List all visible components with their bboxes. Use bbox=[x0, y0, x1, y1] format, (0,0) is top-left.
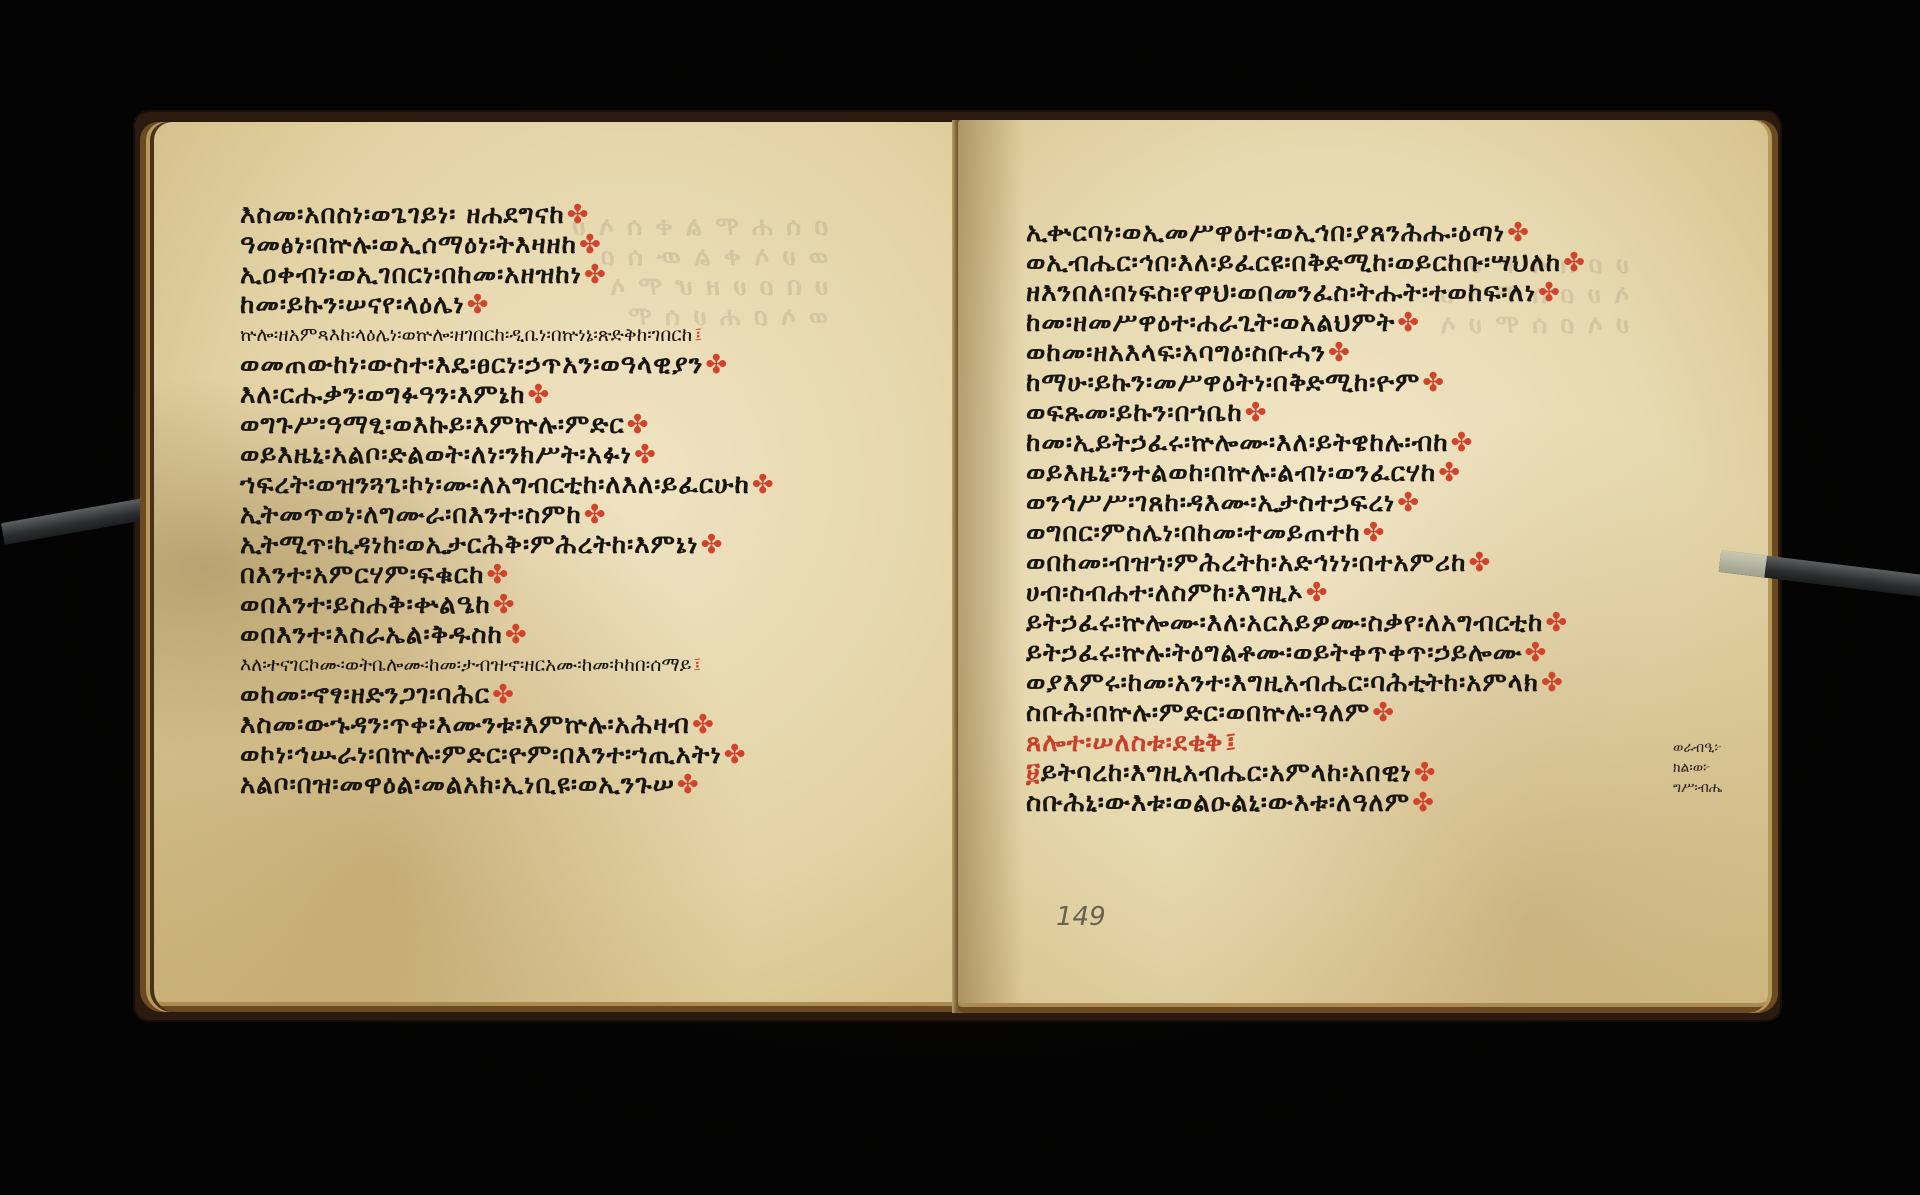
line-text: አልቦ፡በዝ፡መዋዕል፡መልአክ፡ኢነቢዩ፡ወኢንጉሠ bbox=[240, 770, 675, 800]
red-cross-icon: ✤ bbox=[1563, 248, 1586, 278]
red-cross-icon: ✤ bbox=[1541, 668, 1564, 698]
red-cross-icon: ✤ bbox=[579, 230, 602, 260]
manuscript-line: ወበከመ፡ብዝኀ፡ምሕረትከ፡አድኅነነ፡በተአምሪከ✤ bbox=[1026, 548, 1586, 578]
line-text: ወመጠውከነ፡ውስተ፡እዴ፡ፀርነ፡ኃጥአን፡ወዓላዊያን bbox=[240, 350, 703, 380]
red-cross-icon: ✤ bbox=[505, 620, 528, 650]
red-cross-icon: ✤ bbox=[634, 440, 657, 470]
line-text: ወግጉሥ፡ዓማፂ፡ወእኩይ፡እምኵሉ፡ምድር bbox=[240, 410, 625, 440]
margin-note-line: ክል፡ወ፦ bbox=[1673, 758, 1722, 778]
red-cross-icon: ✤ bbox=[1538, 278, 1561, 308]
manuscript-line: ኢቍርባነ፡ወኢመሥዋዕተ፡ወኢኅበ፡ያጸንሕሑ፡ዕጣነ✤ bbox=[1026, 218, 1586, 248]
rubric-initial: ፱ bbox=[1026, 758, 1041, 788]
red-cross-icon: ✤ bbox=[486, 560, 509, 590]
red-cross-icon: ✤ bbox=[692, 710, 715, 740]
red-cross-icon: ✤ bbox=[1438, 458, 1461, 488]
line-text: ወከመ፡ዘአእላፍ፡አባግዕ፡ስቡሓን bbox=[1026, 338, 1326, 368]
red-cross-icon: ✤ bbox=[1414, 758, 1437, 788]
line-text: ኀፍረት፡ወዝንጓጌ፡ኮነ፡ሙ፡ለአግብርቲከ፡ለእለ፡ይፈርሁከ bbox=[240, 470, 750, 500]
red-cross-icon: ✤ bbox=[1524, 638, 1547, 668]
line-text: ወይእዜኒ፡ንተልወከ፡በኵሉ፡ልብነ፡ወንፈርሃከ bbox=[1026, 458, 1436, 488]
line-text: ወበእንተ፡እስራኤል፡ቅዱስከ bbox=[240, 620, 503, 650]
line-text: ወኢብሔር፡ኅበ፡እለ፡ይፈርዩ፡በቅድሚከ፡ወይርከቡ፡ሣህለከ bbox=[1026, 248, 1561, 278]
red-cross-icon: ✤ bbox=[1397, 308, 1420, 338]
line-text: ወበከመ፡ብዝኀ፡ምሕረትከ፡አድኅነነ፡በተአምሪከ bbox=[1026, 548, 1466, 578]
left-page: ዐ ሰ ሐ ሞ ል ቀ ሰ ላ ሀወ ሀ ላ ቀ ል ው ሰ ዐሀ በ ዐ ሀ … bbox=[140, 122, 960, 1012]
line-text: ኢቍርባነ፡ወኢመሥዋዕተ፡ወኢኅበ፡ያጸንሕሑ፡ዕጣነ bbox=[1026, 218, 1505, 248]
red-cross-icon: ✤ bbox=[1468, 548, 1491, 578]
manuscript-line: ኢትመጥወነ፡ለግሙራ፡በእንተ፡ስምከ✤ bbox=[240, 500, 775, 530]
manuscript-line: በእንተ፡አምርሃም፡ፍቁርከ✤ bbox=[240, 560, 775, 590]
line-text: ኢትሚጥ፡ኪዳነከ፡ወኢታርሕቅ፡ምሕረትከ፡እምኔነ bbox=[240, 530, 699, 560]
manuscript-line: ይትኃፈሩ፡ኵሉ፡ትዕግልቶሙ፡ወይትቀጥቀጥ፡ኃይሎሙ✤ bbox=[1026, 638, 1586, 668]
manuscript-line: ወኢብሔር፡ኅበ፡እለ፡ይፈርዩ፡በቅድሚከ፡ወይርከቡ፡ሣህለከ✤ bbox=[1026, 248, 1586, 278]
red-cross-icon: ✤ bbox=[752, 470, 775, 500]
manuscript-line: ወኮነ፡ኅሡራነ፡በኵሉ፡ምድር፡ዮም፡በእንተ፡ኀጢአትነ✤ bbox=[240, 740, 775, 770]
line-text: ዘእንበለ፡በነፍስ፡የዋህ፡ወበመንፈስ፡ትሑት፡ተወከፍ፡ለነ bbox=[1026, 278, 1536, 308]
line-text: ወከመ፡ኆፃ፡ዘድንጋገ፡ባሕር bbox=[240, 680, 490, 710]
manuscript-line: እስመ፡አበስነ፡ወጌገይነ፡ ዘሐደግናከ✤ bbox=[240, 200, 775, 230]
red-cross-icon: ✤ bbox=[1451, 428, 1474, 458]
manuscript-line: ኢትሚጥ፡ኪዳነከ፡ወኢታርሕቅ፡ምሕረትከ፡እምኔነ✤ bbox=[240, 530, 775, 560]
manuscript-line: ኢዐቀብነ፡ወኢገበርነ፡በከመ፡አዘዝከነ✤ bbox=[240, 260, 775, 290]
line-text: ከመ፡ይኩን፡ሠናየ፡ላዕሌነ bbox=[240, 290, 465, 320]
manuscript-line: ወይእዜኒ፡ንተልወከ፡በኵሉ፡ልብነ፡ወንፈርሃከ✤ bbox=[1026, 458, 1586, 488]
red-cross-icon: ✤ bbox=[1412, 788, 1435, 818]
manuscript-line: ከመ፡ይኩን፡ሠናየ፡ላዕሌነ✤ bbox=[240, 290, 775, 320]
line-text: እስመ፡ውኁዳን፡ጥቀ፡እሙንቱ፡እምኵሉ፡አሕዛብ bbox=[240, 710, 690, 740]
red-cross-icon: ✤ bbox=[627, 410, 650, 440]
line-text: ወበእንተ፡ይስሐቅ፡ቍልዔከ bbox=[240, 590, 491, 620]
manuscript-line: ወበእንተ፡እስራኤል፡ቅዱስከ✤ bbox=[240, 620, 775, 650]
manuscript-line: ኀፍረት፡ወዝንጓጌ፡ኮነ፡ሙ፡ለአግብርቲከ፡ለእለ፡ይፈርሁከ✤ bbox=[240, 470, 775, 500]
line-text: ወፍጹመ፡ይኩን፡በኀቤከ bbox=[1026, 398, 1243, 428]
margin-note-line: ወራብዒ፦ bbox=[1673, 738, 1722, 758]
line-text: ይትኃፈሩ፡ኵሎሙ፡እለ፡አርአይዎሙ፡ስቃየ፡ለአግብርቲከ bbox=[1026, 608, 1543, 638]
manuscript-line: እለ፡ተናገርኮሙ፡ወትቤሎሙ፡ከመ፡ታብዝኆ፡ዘርአሙ፡ከመ፡ኮከበ፡ሰማይ፤ bbox=[240, 650, 775, 680]
manuscript-line: ወይእዜኒ፡አልቦ፡ድልወት፡ለነ፡ንክሥት፡አፉነ✤ bbox=[240, 440, 775, 470]
right-page-text: ኢቍርባነ፡ወኢመሥዋዕተ፡ወኢኅበ፡ያጸንሕሑ፡ዕጣነ✤ወኢብሔር፡ኅበ፡እለ… bbox=[1026, 218, 1586, 818]
red-cross-icon: ✤ bbox=[677, 770, 700, 800]
red-cross-icon: ✤ bbox=[492, 680, 515, 710]
line-text: ኢትመጥወነ፡ለግሙራ፡በእንተ፡ስምከ bbox=[240, 500, 582, 530]
margin-note-line: ግሥ፡ብሔ bbox=[1673, 778, 1722, 798]
manuscript-line: ስቡሕኒ፡ውእቱ፡ወልዑልኒ፡ውእቱ፡ለዓለም✤ bbox=[1026, 788, 1586, 818]
manuscript-line: ወግጉሥ፡ዓማፂ፡ወእኩይ፡እምኵሉ፡ምድር✤ bbox=[240, 410, 775, 440]
red-cross-icon: ✤ bbox=[527, 380, 550, 410]
manuscript-line: ዘእንበለ፡በነፍስ፡የዋህ፡ወበመንፈስ፡ትሑት፡ተወከፍ፡ለነ✤ bbox=[1026, 278, 1586, 308]
manuscript-line: ወበእንተ፡ይስሐቅ፡ቍልዔከ✤ bbox=[240, 590, 775, 620]
line-text: ኵሎ፡ዘአምጻእከ፡ላዕሌነ፡ወኵሎ፡ዘገበርከ፡ዲቤነ፡በኵነኔ፡ጽድቅከ፡ገ… bbox=[240, 324, 692, 346]
manuscript-line: ወግበር፡ምስሌነ፡በከመ፡ተመይጠተከ✤ bbox=[1026, 518, 1586, 548]
line-text: ከመ፡ኢይትኃፈሩ፡ኵሎሙ፡እለ፡ይትዌከሉ፡ብከ bbox=[1026, 428, 1449, 458]
manuscript-line: ወፍጹመ፡ይኩን፡በኀቤከ✤ bbox=[1026, 398, 1586, 428]
line-text: ከመ፡ዘመሥዋዕተ፡ሐራጊት፡ወአልህምት bbox=[1026, 308, 1395, 338]
red-cross-icon: ✤ bbox=[1306, 578, 1329, 608]
red-cross-icon: ✤ bbox=[1507, 218, 1530, 248]
red-cross-icon: ✤ bbox=[584, 500, 607, 530]
manuscript-line: ኵሎ፡ዘአምጻእከ፡ላዕሌነ፡ወኵሎ፡ዘገበርከ፡ዲቤነ፡በኵነኔ፡ጽድቅከ፡ገ… bbox=[240, 320, 775, 350]
manuscript-line: ከመ፡ኢይትኃፈሩ፡ኵሎሙ፡እለ፡ይትዌከሉ፡ብከ✤ bbox=[1026, 428, 1586, 458]
red-cross-icon: ✤ bbox=[1372, 698, 1395, 728]
manuscript-line: ስቡሕ፡በኵሉ፡ምድር፡ወበኵሉ፡ዓለም✤ bbox=[1026, 698, 1586, 728]
line-text: ወይእዜኒ፡አልቦ፡ድልወት፡ለነ፡ንክሥት፡አፉነ bbox=[240, 440, 632, 470]
manuscript-line: እስመ፡ውኁዳን፡ጥቀ፡እሙንቱ፡እምኵሉ፡አሕዛብ✤ bbox=[240, 710, 775, 740]
section-mark-icon: ፤ bbox=[693, 654, 701, 676]
line-text: ዓመፅነ፡በኵሉ፡ወኢሰማዕነ፡ትእዛዘከ bbox=[240, 230, 577, 260]
red-cross-icon: ✤ bbox=[1397, 488, 1420, 518]
line-text: ከማሁ፡ይኩን፡መሥዋዕትነ፡በቅድሚከ፡ዮም bbox=[1026, 368, 1420, 398]
red-cross-icon: ✤ bbox=[1545, 608, 1568, 638]
manuscript-line: ሀብ፡ስብሐተ፡ለስምከ፡እግዚኦ✤ bbox=[1026, 578, 1586, 608]
red-cross-icon: ✤ bbox=[493, 590, 516, 620]
line-text: በእንተ፡አምርሃም፡ፍቁርከ bbox=[240, 560, 484, 590]
line-text: ወኮነ፡ኅሡራነ፡በኵሉ፡ምድር፡ዮም፡በእንተ፡ኀጢአትነ bbox=[240, 740, 722, 770]
manuscript-line: ፱ይትባረከ፡እግዚአብሔር፡አምላከ፡አበዊነ✤ bbox=[1026, 758, 1586, 788]
manuscript-line: እለ፡ርሑቃን፡ወግፉዓን፡እምኔከ✤ bbox=[240, 380, 775, 410]
line-text: ይትኃፈሩ፡ኵሉ፡ትዕግልቶሙ፡ወይትቀጥቀጥ፡ኃይሎሙ bbox=[1026, 638, 1522, 668]
section-mark-icon: ፤ bbox=[1225, 728, 1237, 758]
red-cross-icon: ✤ bbox=[567, 200, 590, 230]
line-text: ወግበር፡ምስሌነ፡በከመ፡ተመይጠተከ bbox=[1026, 518, 1361, 548]
manuscript-photo: ዐ ሰ ሐ ሞ ል ቀ ሰ ላ ሀወ ሀ ላ ቀ ል ው ሰ ዐሀ በ ዐ ሀ … bbox=[0, 0, 1920, 1195]
manuscript-line: ወከመ፡ኆፃ፡ዘድንጋገ፡ባሕር✤ bbox=[240, 680, 775, 710]
manuscript-line: አልቦ፡በዝ፡መዋዕል፡መልአክ፡ኢነቢዩ፡ወኢንጉሠ✤ bbox=[240, 770, 775, 800]
line-text: እስመ፡አበስነ፡ወጌገይነ፡ ዘሐደግናከ bbox=[240, 200, 565, 230]
red-cross-icon: ✤ bbox=[1422, 368, 1445, 398]
line-text: ስቡሕ፡በኵሉ፡ምድር፡ወበኵሉ፡ዓለም bbox=[1026, 698, 1370, 728]
line-text: ወንኅሥሥ፡ገጸከ፡ዳእሙ፡ኢታስተኃፍረነ bbox=[1026, 488, 1395, 518]
manuscript-line: ወመጠውከነ፡ውስተ፡እዴ፡ፀርነ፡ኃጥአን፡ወዓላዊያን✤ bbox=[240, 350, 775, 380]
manuscript-line: ከመ፡ዘመሥዋዕተ፡ሐራጊት፡ወአልህምት✤ bbox=[1026, 308, 1586, 338]
line-text: ይትባረከ፡እግዚአብሔር፡አምላከ፡አበዊነ bbox=[1041, 758, 1412, 788]
manuscript-line: ወከመ፡ዘአእላፍ፡አባግዕ፡ስቡሓን✤ bbox=[1026, 338, 1586, 368]
left-page-text: እስመ፡አበስነ፡ወጌገይነ፡ ዘሐደግናከ✤ዓመፅነ፡በኵሉ፡ወኢሰማዕነ፡ት… bbox=[240, 200, 775, 800]
folio-number: 149 bbox=[1056, 902, 1106, 932]
margin-annotation: ወራብዒ፦ ክል፡ወ፦ ግሥ፡ብሔ bbox=[1673, 738, 1722, 798]
line-text: እለ፡ተናገርኮሙ፡ወትቤሎሙ፡ከመ፡ታብዝኆ፡ዘርአሙ፡ከመ፡ኮከበ፡ሰማይ bbox=[240, 654, 691, 676]
line-text: ስቡሕኒ፡ውእቱ፡ወልዑልኒ፡ውእቱ፡ለዓለም bbox=[1026, 788, 1410, 818]
manuscript-line: ከማሁ፡ይኩን፡መሥዋዕትነ፡በቅድሚከ፡ዮም✤ bbox=[1026, 368, 1586, 398]
red-cross-icon: ✤ bbox=[701, 530, 724, 560]
red-cross-icon: ✤ bbox=[584, 260, 607, 290]
manuscript-line: ወያእምሩ፡ከመ፡አንተ፡እግዚአብሔር፡ባሕቲትከ፡አምላክ✤ bbox=[1026, 668, 1586, 698]
line-text: ጸሎተ፡ሠለስቱ፡ደቂቅ bbox=[1026, 728, 1223, 758]
right-page: ሀ ዐ ሰ ላ ሞ ሀላ ሀ ዐ ሰ ሞ ላ ዐሀ ላ ዐ ሰ ሞ ሀ ላ ኢቍ… bbox=[958, 120, 1778, 1013]
line-text: እለ፡ርሑቃን፡ወግፉዓን፡እምኔከ bbox=[240, 380, 525, 410]
red-cross-icon: ✤ bbox=[1328, 338, 1351, 368]
line-text: ኢዐቀብነ፡ወኢገበርነ፡በከመ፡አዘዝከነ bbox=[240, 260, 582, 290]
red-cross-icon: ✤ bbox=[705, 350, 728, 380]
manuscript-line: ጸሎተ፡ሠለስቱ፡ደቂቅ፤ bbox=[1026, 728, 1586, 758]
manuscript-line: ወንኅሥሥ፡ገጸከ፡ዳእሙ፡ኢታስተኃፍረነ✤ bbox=[1026, 488, 1586, 518]
red-cross-icon: ✤ bbox=[724, 740, 747, 770]
manuscript-line: ዓመፅነ፡በኵሉ፡ወኢሰማዕነ፡ትእዛዘከ✤ bbox=[240, 230, 775, 260]
red-cross-icon: ✤ bbox=[1245, 398, 1268, 428]
manuscript-line: ይትኃፈሩ፡ኵሎሙ፡እለ፡አርአይዎሙ፡ስቃየ፡ለአግብርቲከ✤ bbox=[1026, 608, 1586, 638]
red-cross-icon: ✤ bbox=[467, 290, 490, 320]
red-cross-icon: ✤ bbox=[1363, 518, 1386, 548]
line-text: ወያእምሩ፡ከመ፡አንተ፡እግዚአብሔር፡ባሕቲትከ፡አምላክ bbox=[1026, 668, 1539, 698]
line-text: ሀብ፡ስብሐተ፡ለስምከ፡እግዚኦ bbox=[1026, 578, 1304, 608]
section-mark-icon: ፤ bbox=[694, 324, 702, 346]
